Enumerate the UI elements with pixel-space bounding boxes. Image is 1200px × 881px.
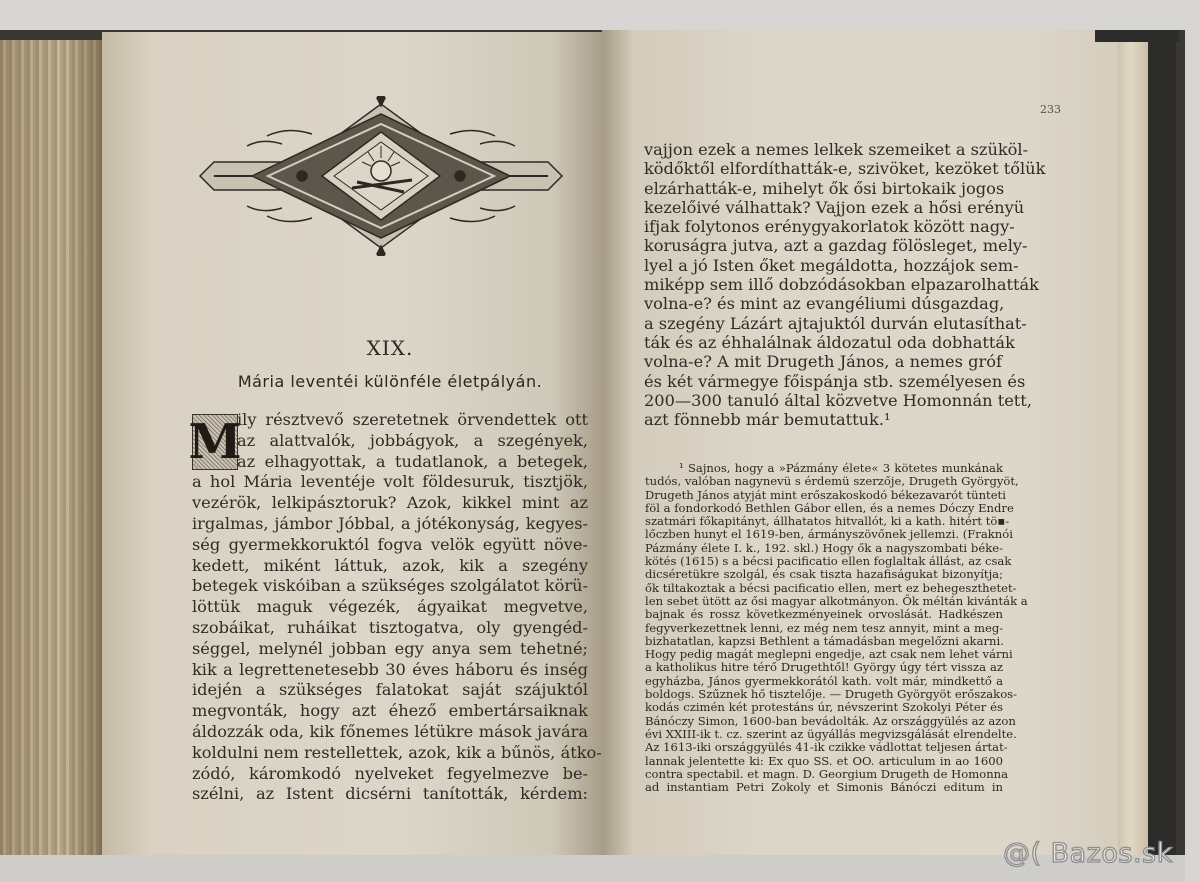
text-line: volna-e? A mit Drugeth János, a nemes gr… [644,352,1002,371]
footnote-line: évi XXIII-ik t. cz. szerint az ügyállás … [645,728,1003,741]
text-line: szélni, az Istent dicsérni tanították, k… [192,784,588,805]
text-line: lyel a jó Isten őket megáldotta, hozzájo… [644,256,1002,275]
footnote: ¹ Sajnos, hogy a »Pázmány élete« 3 kötet… [645,462,1003,794]
footnote-line: ¹ Sajnos, hogy a »Pázmány élete« 3 kötet… [645,462,1003,475]
chapter-number: XIX. [180,336,600,360]
page-number: 233 [1040,103,1061,116]
footnote-line: tudós, valóban nagynevü s érdemü szerzőj… [645,475,1003,488]
text-line: az alattvalók, jobbágyok, a szegények, [192,431,588,452]
footnote-line: boldogs. Szűznek hő tisztelője. — Druget… [645,688,1003,701]
text-line: vezérök, lelkipásztoruk? Azok, kikkel mi… [192,493,588,514]
footnote-line: Bánóczy Simon, 1600-ban bevádolták. Az o… [645,715,1003,728]
text-line: ily résztvevő szeretetnek örvendettek ot… [192,410,588,431]
footnote-line: egyházba, János gyermekkorától kath. vol… [645,675,1003,688]
footnote-line: kötés (1615) s a bécsi pacificatio ellen… [645,555,1003,568]
text-line: az elhagyottak, a tudatlanok, a betegek, [192,452,588,473]
text-line: ködőktől elfordíthatták-e, szivöket, kez… [644,159,1002,178]
text-line: kedett, miként láttuk, azok, kik a szegé… [192,556,588,577]
right-cover-board [1148,32,1176,862]
left-page-edges-shade [0,40,105,860]
footnote-line: len sebet ütött az ősi magyar alkotmányo… [645,595,1003,608]
text-line: vajjon ezek a nemes lelkek szemeiket a s… [644,140,1002,159]
footnote-line: szatmári főkapitányt, állhatatos hitvall… [645,515,1003,528]
text-line: löttük maguk végezék, ágyaikat megvetve, [192,597,588,618]
footnote-line: dicséretükre szolgál, és csak tiszta haz… [645,568,1003,581]
text-line: kezelőivé válhattak? Vajjon ezek a hősi … [644,198,1002,217]
footnote-line: Pázmány élete I. k., 192. skl.) Hogy ők … [645,542,1003,555]
text-line: megvonták, hogy azt éhező embertársaikna… [192,701,588,722]
text-line: ták és az éhhalálnak áldozatul oda dobha… [644,333,1002,352]
footnote-line: kodás czimén két protestáns úr, névszeri… [645,701,1003,714]
text-line: ifjak folytonos erénygyakorlatok között … [644,217,1002,236]
text-line: koruságra jutva, azt a gazdag fölösleget… [644,236,1002,255]
text-line: idején a szükséges falatokat saját száju… [192,680,588,701]
text-line: elzárhatták-e, mihelyt ők ősi birtokaik … [644,179,1002,198]
footnote-line: bizhatatlan, kapzsi Bethlent a támadásba… [645,635,1003,648]
left-body-text: ily résztvevő szeretetnek örvendettek ot… [192,410,588,805]
chapter-title: Mária leventéi különféle életpályán. [180,372,600,391]
text-line: zódó, káromkodó nyelveket fegyelmezve be… [192,764,588,785]
footnote-line: a katholikus hitre térő Drugethtől! Györ… [645,661,1003,674]
text-line: séggel, melynél jobban egy anya sem tehe… [192,639,588,660]
top-cover-board [1095,30,1179,42]
footnote-line: Drugeth János atyját mint erőszakoskodó … [645,489,1003,502]
text-line: azt fönnebb már bemutattuk.¹ [644,410,1002,429]
sun-emblem-ornament [192,96,570,256]
footnote-line: Hogy pedig magát meglepni engedje, azt c… [645,648,1003,661]
text-line: a szegény Lázárt ajtajuktól durván eluta… [644,314,1002,333]
footnote-line: ad instantiam Petri Zokoly et Simonis Bá… [645,781,1003,794]
text-line: áldozzák oda, kik főnemes létükre mások … [192,722,588,743]
right-body-text: vajjon ezek a nemes lelkek szemeiket a s… [644,140,1002,429]
right-page-edges [1118,40,1148,860]
footnote-line: fegyverkezettnek lenni, ez még nem tesz … [645,622,1003,635]
text-line: és két vármegye főispánja stb. személyes… [644,372,1002,391]
footnote-line: ők tiltakoztak a bécsi pacificatio ellen… [645,582,1003,595]
footnote-line: lannak jelentette ki: Ex quo SS. et OO. … [645,755,1003,768]
text-line: irgalmas, jámbor Jóbbal, a jótékonyság, … [192,514,588,535]
text-line: miképp sem illő dobzódásokban elpazarolh… [644,275,1002,294]
footnote-line: bajnak és rossz következményeinek orvosl… [645,608,1003,621]
footnote-line: contra spectabil. et magn. D. Georgium D… [645,768,1003,781]
text-line: 200—300 tanuló által közvetve Homonnán t… [644,391,1002,410]
footnote-line: Az 1613-iki országgyülés 41-ik czikke vá… [645,741,1003,754]
footnote-line: föl a fondorkodó Bethlen Gábor ellen, és… [645,502,1003,515]
text-line: koldulni nem restellettek, azok, kik a b… [192,743,588,764]
text-line: volna-e? és mint az evangéliumi dúsgazda… [644,294,1002,313]
text-line: szobáikat, ruháikat tisztogatva, oly gye… [192,618,588,639]
text-line: kik a legrettenetesebb 30 éves háboru és… [192,660,588,681]
text-line: a hol Mária leventéje volt földesuruk, t… [192,472,588,493]
footnote-line: lőczben hunyt el 1619-ben, ármányszövőne… [645,528,1003,541]
text-line: ség gyermekkoruktól fogva velök együtt n… [192,535,588,556]
watermark-logo: @( Bazos.sk [1003,838,1173,869]
text-line: betegek viskóiban a szükséges szolgálato… [192,576,588,597]
